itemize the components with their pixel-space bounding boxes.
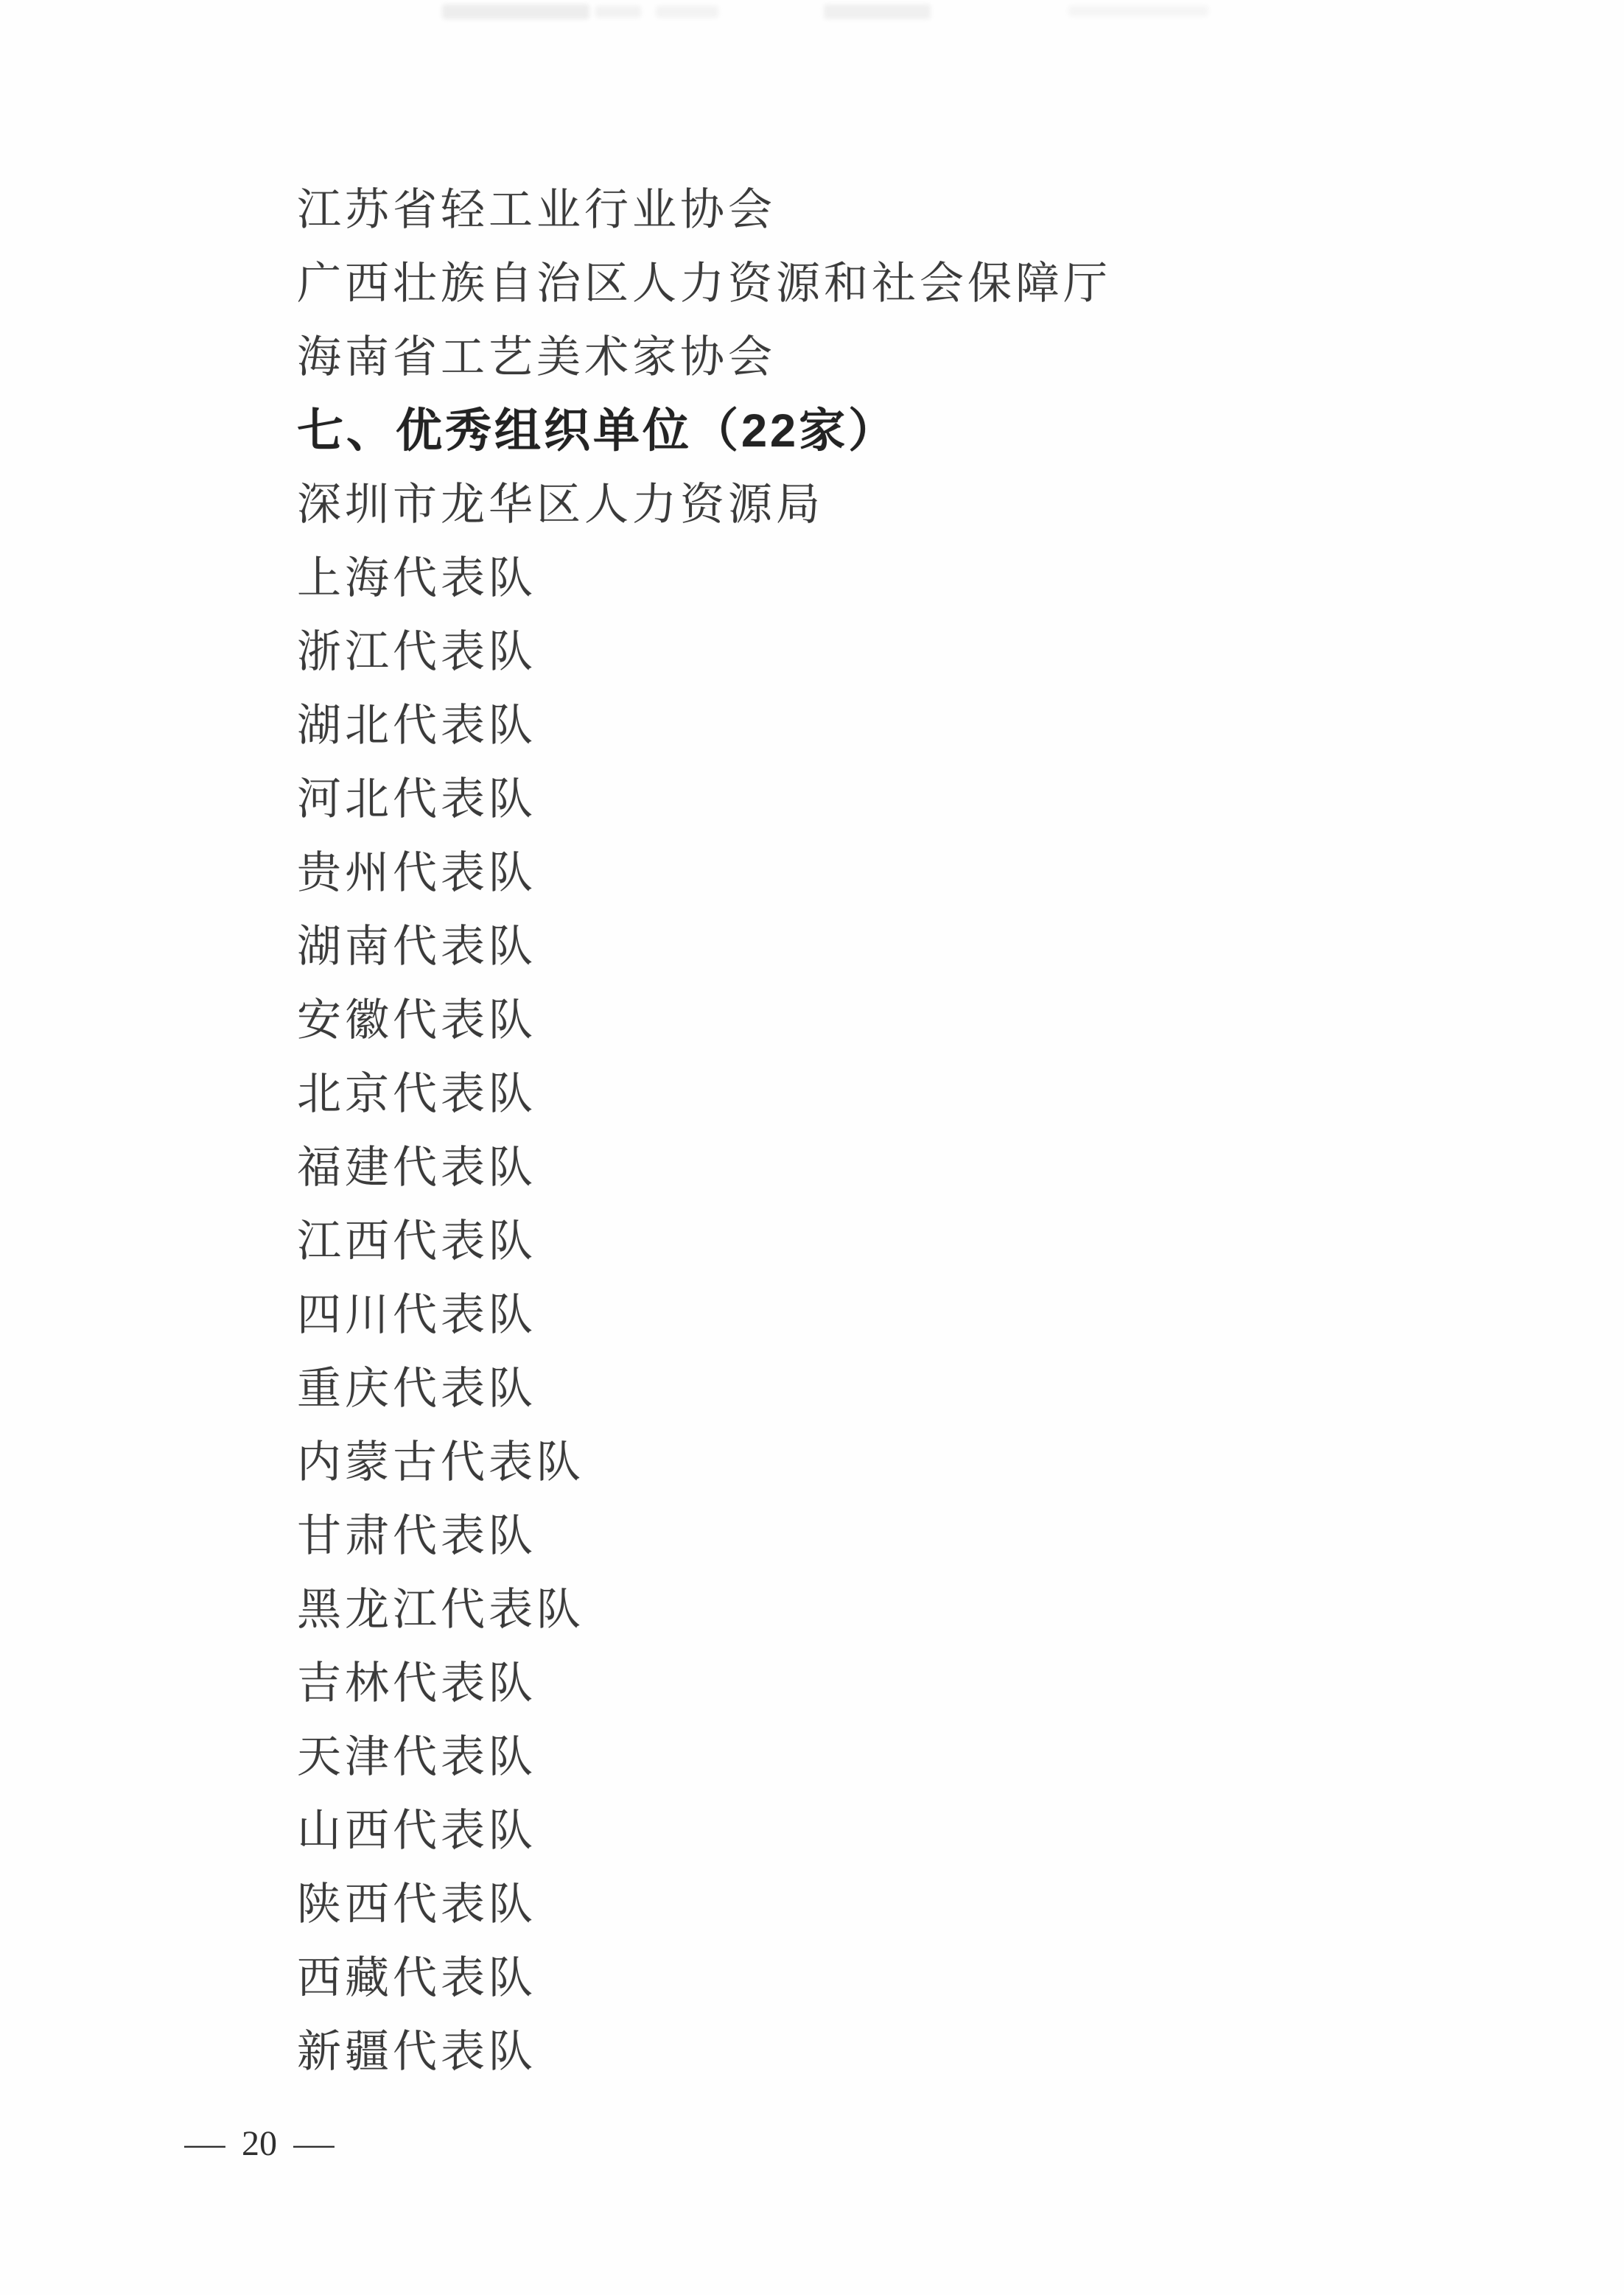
footer-right-dash: — bbox=[293, 2123, 334, 2164]
org-line: 西藏代表队 bbox=[297, 1941, 1111, 2015]
org-line: 重庆代表队 bbox=[297, 1352, 1111, 1426]
org-line: 吉林代表队 bbox=[297, 1647, 1111, 1720]
footer-left-dash: — bbox=[184, 2123, 225, 2164]
scan-artifact bbox=[824, 4, 931, 19]
org-line: 上海代表队 bbox=[297, 542, 1111, 615]
document-page: 江苏省轻工业行业协会 广西壮族自治区人力资源和社会保障厅 海南省工艺美术家协会 … bbox=[0, 0, 1624, 2295]
scan-artifact bbox=[595, 6, 641, 18]
org-line: 安徽代表队 bbox=[297, 984, 1111, 1057]
scan-artifact bbox=[1068, 6, 1208, 16]
org-line: 浙江代表队 bbox=[297, 615, 1111, 689]
document-body: 江苏省轻工业行业协会 广西壮族自治区人力资源和社会保障厅 海南省工艺美术家协会 … bbox=[297, 173, 1111, 2089]
scan-artifact bbox=[656, 6, 718, 18]
page-number: 20 bbox=[242, 2123, 277, 2164]
scan-artifact bbox=[442, 4, 589, 19]
org-line: 贵州代表队 bbox=[297, 836, 1111, 910]
org-line: 江苏省轻工业行业协会 bbox=[297, 173, 1111, 247]
org-line: 内蒙古代表队 bbox=[297, 1426, 1111, 1499]
org-line: 陕西代表队 bbox=[297, 1868, 1111, 1941]
org-line: 黑龙江代表队 bbox=[297, 1573, 1111, 1647]
org-line: 天津代表队 bbox=[297, 1720, 1111, 1794]
section-heading: 七、优秀组织单位（22家） bbox=[297, 394, 1111, 468]
org-line: 海南省工艺美术家协会 bbox=[297, 320, 1111, 394]
org-line: 深圳市龙华区人力资源局 bbox=[297, 468, 1111, 542]
org-line: 湖北代表队 bbox=[297, 689, 1111, 763]
org-line: 甘肃代表队 bbox=[297, 1499, 1111, 1573]
org-line: 湖南代表队 bbox=[297, 910, 1111, 984]
org-line: 广西壮族自治区人力资源和社会保障厅 bbox=[297, 247, 1111, 320]
org-line: 四川代表队 bbox=[297, 1278, 1111, 1352]
org-line: 福建代表队 bbox=[297, 1131, 1111, 1205]
org-line: 江西代表队 bbox=[297, 1205, 1111, 1278]
org-line: 河北代表队 bbox=[297, 763, 1111, 836]
org-line: 北京代表队 bbox=[297, 1057, 1111, 1131]
page-footer: — 20 — bbox=[187, 2123, 332, 2164]
org-line: 山西代表队 bbox=[297, 1794, 1111, 1868]
org-line: 新疆代表队 bbox=[297, 2015, 1111, 2089]
